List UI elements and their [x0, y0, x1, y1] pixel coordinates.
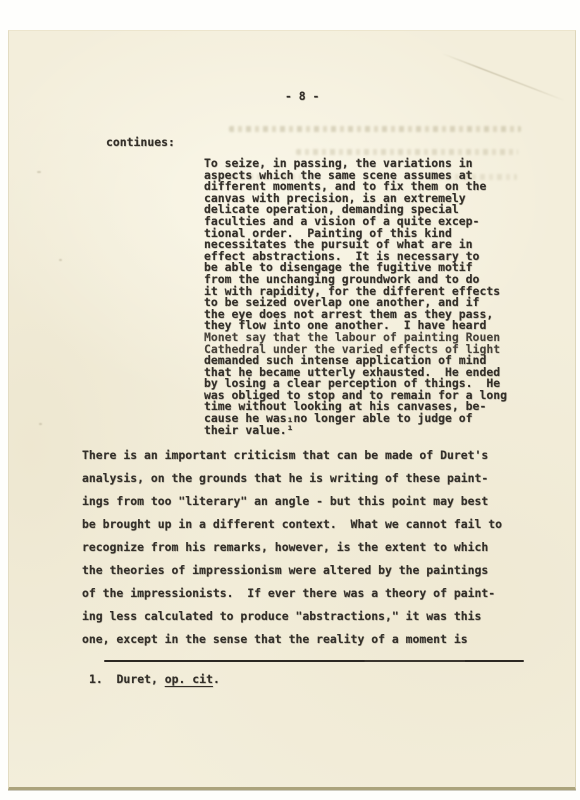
- footnote-marker-and-author: 1. Duret,: [89, 672, 165, 686]
- text-line: ings from too "literary" an angle - but …: [82, 490, 502, 513]
- text-line: of the impressionists. If ever there was…: [82, 582, 502, 605]
- paper-speck: [59, 259, 62, 261]
- footnote: 1. Duret, op. cit.: [89, 673, 220, 686]
- scanned-typescript-page: - 8 - continues: To seize, in passing, t…: [8, 30, 576, 790]
- bleed-through-text: [296, 149, 518, 155]
- bleed-through-text: [229, 126, 521, 132]
- text-line: be brought up in a different context. Wh…: [82, 513, 502, 536]
- text-line: the theories of impressionism were alter…: [82, 559, 502, 582]
- text-line: There is an important criticism that can…: [82, 444, 502, 467]
- page-number: - 8 -: [285, 90, 319, 102]
- text-line: recognize from his remarks, however, is …: [82, 536, 502, 559]
- block-quote: To seize, in passing, the variations ina…: [204, 158, 507, 436]
- paper-speck: [37, 171, 41, 173]
- body-paragraph: There is an important criticism that can…: [82, 444, 502, 651]
- text-line: their value.¹: [204, 425, 507, 437]
- text-line: analysis, on the grounds that he is writ…: [82, 467, 502, 490]
- footnote-rule: [104, 660, 524, 662]
- text-line: ing less calculated to produce "abstract…: [82, 605, 502, 628]
- text-line: one, except in the sense that the realit…: [82, 628, 502, 651]
- footnote-citation: op. cit: [165, 672, 213, 686]
- lead-in-label: continues:: [106, 136, 175, 149]
- footnote-period: .: [213, 672, 220, 686]
- paper-crease: [442, 53, 566, 101]
- paper-speck: [39, 423, 42, 425]
